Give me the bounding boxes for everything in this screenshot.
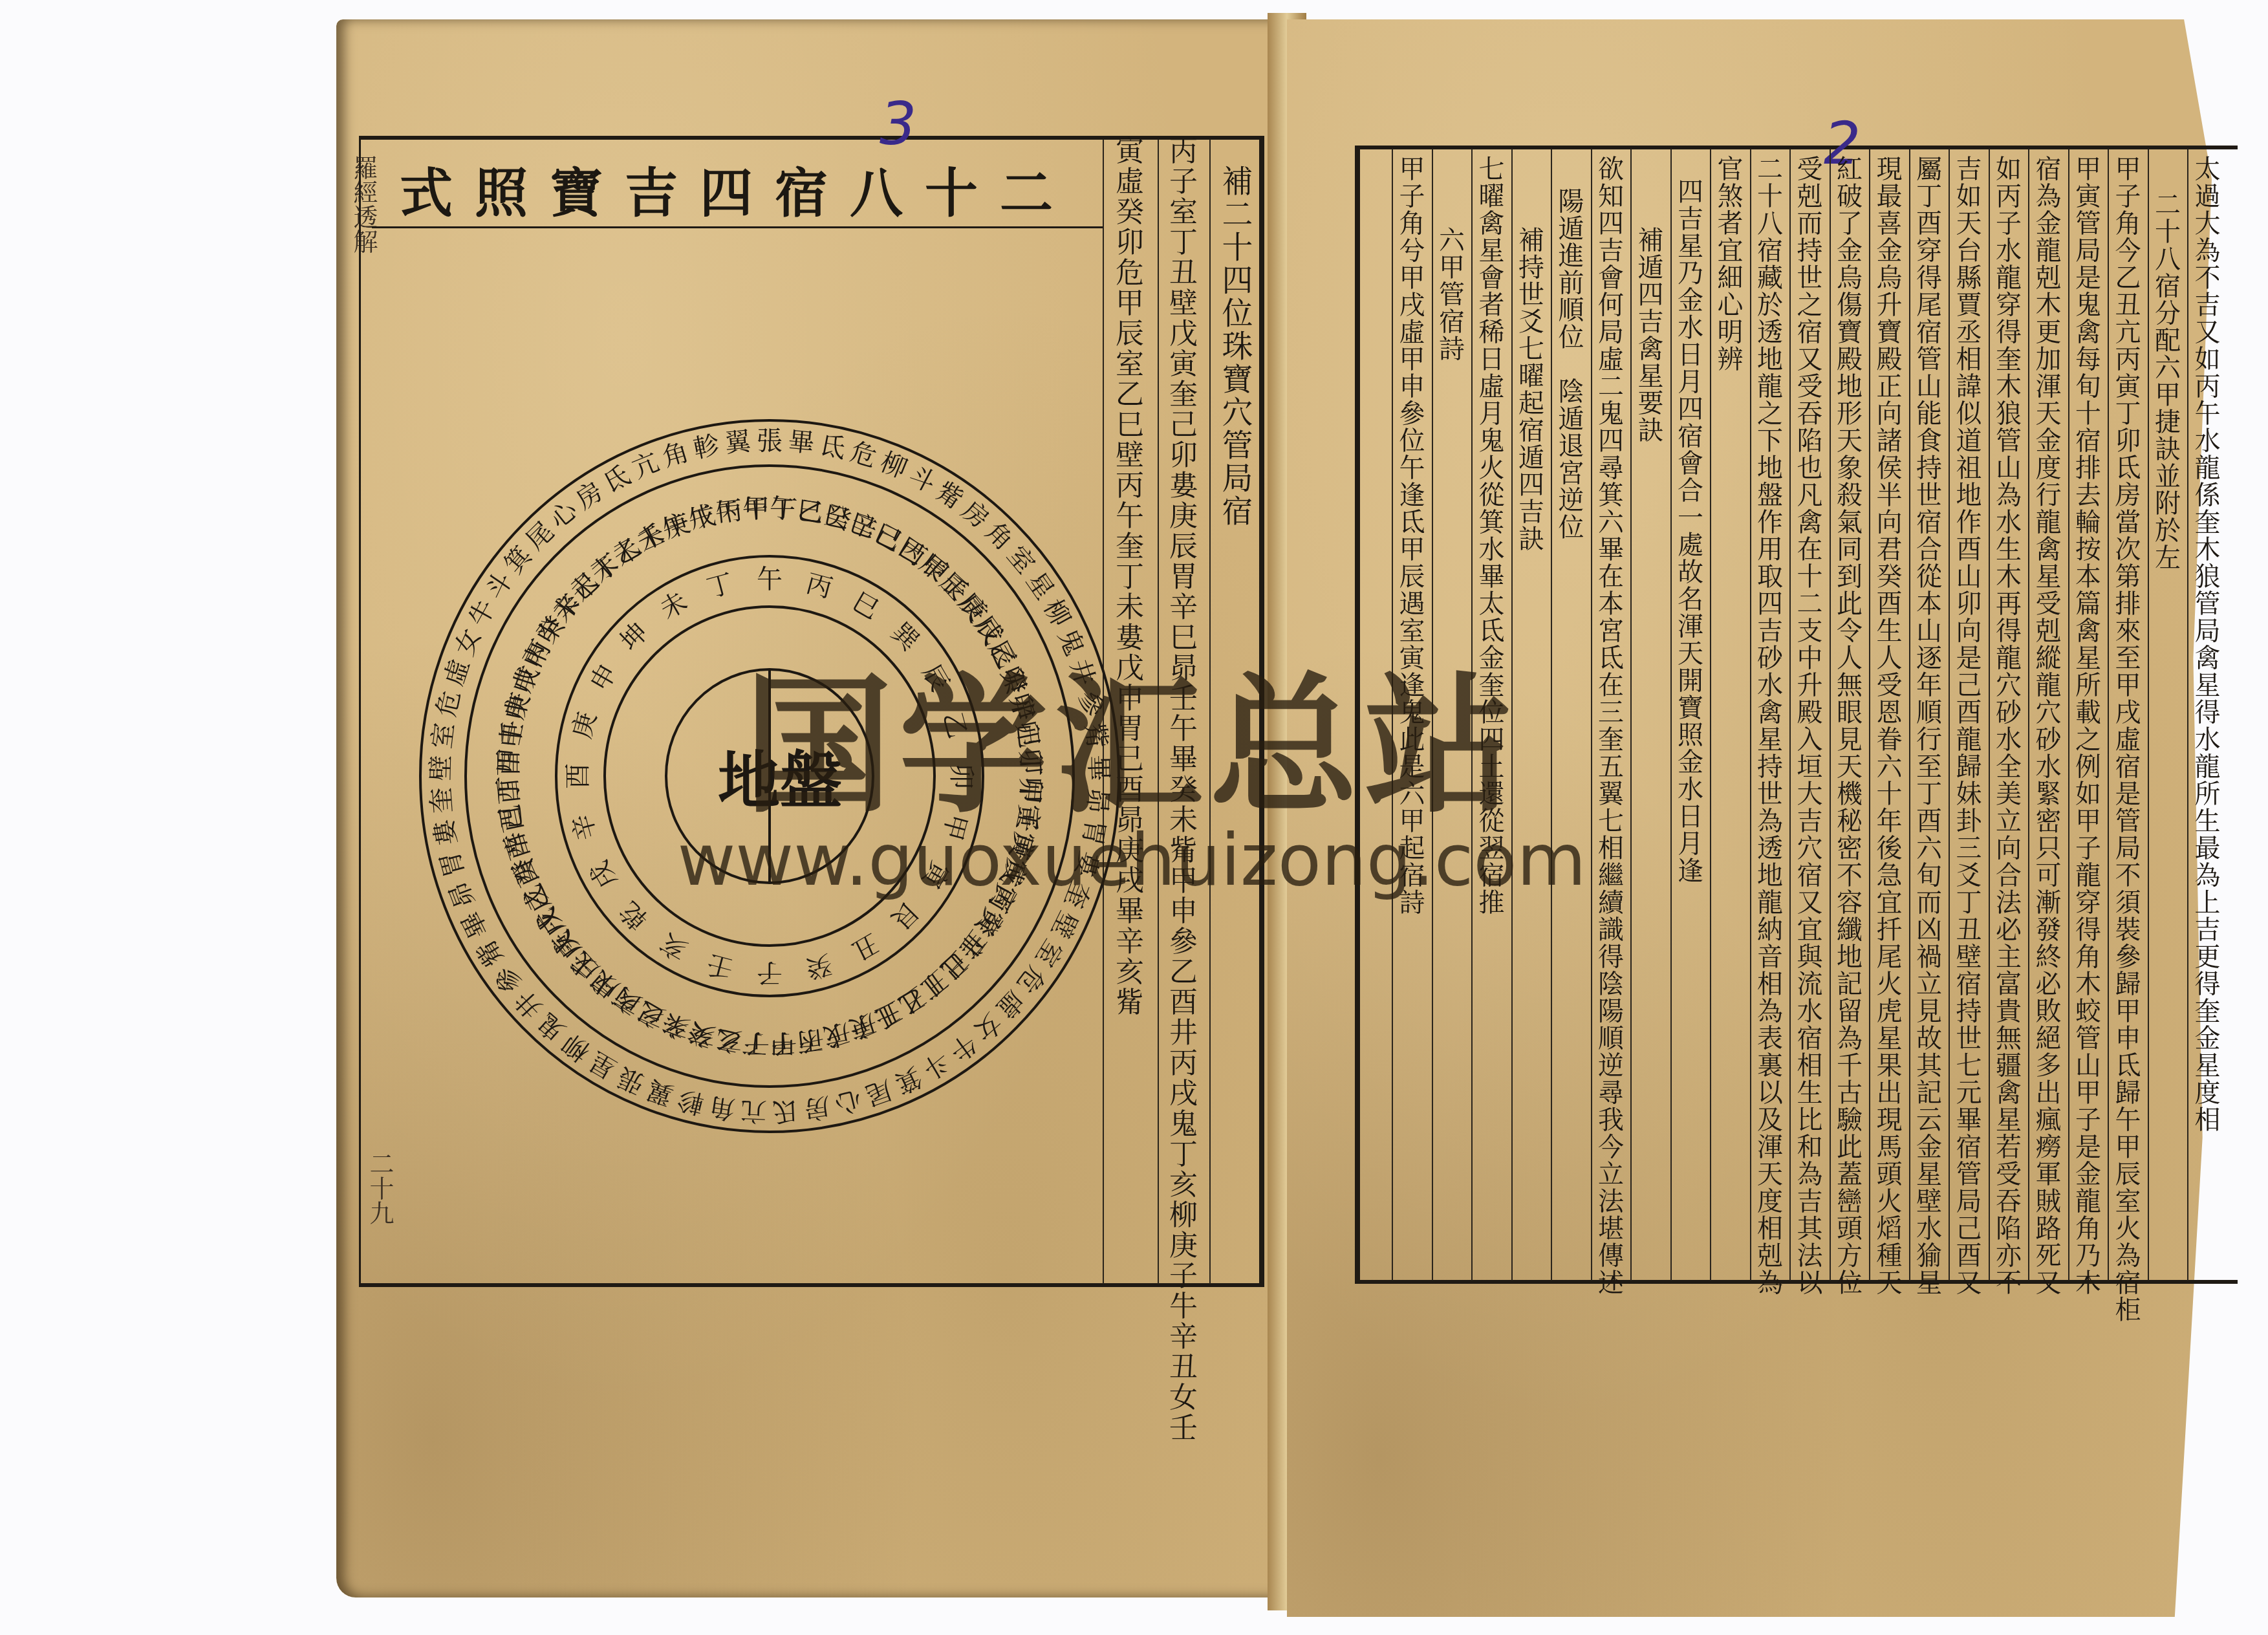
- ring-label: 丁巳: [770, 493, 824, 528]
- right-column-2: 二十八宿分配六甲捷訣並附於左: [2153, 191, 2179, 571]
- column-rule: [2148, 149, 2149, 1281]
- ring-label: 胃: [1077, 817, 1110, 848]
- left-column-2: 丙子室丁丑壁戊寅奎己卯婁庚辰胃辛巳昴壬午畢癸未觜甲申參乙酉井丙戌鬼丁亥柳庚子牛辛…: [1166, 136, 1194, 1443]
- column-rule: [1989, 149, 1990, 1281]
- ring-label: 氐: [817, 430, 848, 464]
- ring-label: 翼: [643, 1074, 678, 1110]
- ring-label: 婁: [1069, 848, 1105, 881]
- ring-label: 房: [570, 477, 609, 515]
- ring-label: 昴: [444, 878, 481, 913]
- ring-label: 斗: [918, 1046, 955, 1085]
- ring-label: 丑: [847, 927, 884, 966]
- ring-label: 軫: [675, 1084, 707, 1119]
- ring-label: 奎: [426, 786, 458, 814]
- ring-label: 辛: [567, 810, 603, 843]
- column-rule: [1750, 149, 1751, 1281]
- ring-label: 亥: [655, 927, 693, 966]
- ring-label: 癸: [803, 948, 836, 984]
- ring-label: 婁: [429, 817, 462, 848]
- right-column-17: 陽遁進前順位 陰遁退宮逆位: [1556, 188, 1582, 541]
- ring-label: 辰: [916, 659, 955, 697]
- ring-label: 畢: [1083, 755, 1113, 781]
- ring-label: 子: [757, 958, 783, 988]
- ring-label: 鬼: [1052, 625, 1090, 660]
- ring-label: 艮: [885, 896, 925, 935]
- ring-label: 奎: [1058, 878, 1095, 913]
- right-column-19: 七曜禽星會者稀日虛月鬼火從箕水畢太氐金奎位四土還從翌宿推: [1476, 155, 1502, 916]
- ring-label: 觜: [1079, 721, 1112, 750]
- ring-label: 星: [1021, 567, 1060, 605]
- column-rule: [1670, 149, 1672, 1281]
- ring-label: 未: [655, 587, 693, 625]
- ring-label: 角: [707, 1091, 737, 1124]
- right-column-1: 太過大為不吉又如丙午水龍係奎木狼管局禽星得水龍所生最為上吉更得奎金星度相: [2192, 155, 2218, 1133]
- right-column-8: 屬丁酉穿得尾宿管山能食持世宿合從本山逐年順行至丁酉六旬而凶禍立見故其記云金星壁水…: [1914, 155, 1940, 1296]
- ring-label: 氐: [599, 460, 636, 499]
- left-column-1: 補二十四位珠寶穴管局宿: [1219, 165, 1250, 528]
- ring-label: 房: [802, 1091, 832, 1124]
- right-column-21: 甲子角兮甲戌虛甲申參位午逢氐甲辰遇室寅逢鬼此是六甲起宿詩: [1397, 155, 1423, 916]
- ring-label: 壬: [704, 948, 737, 984]
- column-rule: [1392, 149, 1393, 1281]
- right-column-6: 如丙子水龍穿得奎木狼管山為水生木再得龍穴砂水全美立向合法必主富貴無疆禽星若受吞陷…: [1994, 155, 2020, 1296]
- right-column-16: 欲知四吉會何局虛二鬼四尋箕六畢在本宮氐在三奎五翼七相繼續識得陰陽順逆尋我今立法堪…: [1596, 155, 1622, 1296]
- ring-label: 畢: [787, 427, 815, 459]
- left-page-title: 二十八宿四吉寶照式: [400, 151, 1075, 227]
- right-column-7: 吉如天台縣賈丞相諱似道祖地作酉山卯向是己酉龍歸妹卦三爻丁丑壁宿持世七元畢宿管局己…: [1954, 155, 1980, 1296]
- ring-label: 箕: [890, 1061, 926, 1099]
- column-rule: [1158, 139, 1159, 1284]
- ring-label: 畢: [456, 906, 494, 942]
- ring-label: 氐: [772, 1095, 799, 1126]
- earth-plate-diagram: 張翼軫角亢氐房心尾箕斗牛女虛危室壁奎婁胃昴畢觜參井鬼柳星張翼軫角亢氐房心尾箕斗牛…: [414, 414, 1125, 1138]
- column-rule: [1789, 149, 1791, 1281]
- right-column-3: 甲子角今乙丑亢丙寅丁卯氐房當次第排來至甲戌虛宿是管局不須裝參歸甲申氐歸午甲辰室火…: [2113, 155, 2139, 1323]
- ring-label: 亢: [740, 1095, 767, 1126]
- column-rule: [2187, 149, 2188, 1281]
- right-column-15: 補遁四吉禽星要訣: [1636, 226, 1661, 444]
- ring-label: 張: [757, 426, 783, 456]
- ring-label: 壁: [426, 755, 457, 781]
- ring-label: 角: [659, 437, 692, 473]
- right-column-4: 甲寅管局是鬼禽每旬十宿排去輪按本篇禽星所載之例如甲子龍穿得角木蛟管山甲子是金龍角…: [2073, 155, 2099, 1296]
- compass-rings: 張翼軫角亢氐房心尾箕斗牛女虛危室壁奎婁胃昴畢觜參井鬼柳星張翼軫角亢氐房心尾箕斗牛…: [414, 414, 1125, 1138]
- column-rule: [1471, 149, 1473, 1281]
- ring-label: 亢: [628, 447, 663, 484]
- column-rule: [2068, 149, 2069, 1281]
- ring-label: 庚: [567, 709, 603, 742]
- column-rule: [1869, 149, 1870, 1281]
- column-rule: [1591, 149, 1592, 1281]
- column-rule: [2108, 149, 2109, 1281]
- ring-label: 危: [847, 437, 880, 473]
- right-column-12: 二十八宿藏於透地龍之下地盤作用取四吉砂水禽星持世為透地龍納音相為表裏以及渾天度相…: [1755, 155, 1781, 1296]
- right-column-13: 官煞者宜細心明辨: [1715, 155, 1741, 373]
- column-rule: [1710, 149, 1711, 1281]
- ring-label: 心: [831, 1084, 865, 1120]
- ring-label: 虛: [439, 656, 475, 689]
- column-rule: [1209, 139, 1211, 1284]
- ring-label: 觜: [471, 934, 510, 971]
- right-column-14: 四吉星乃金水日月四宿會合一處故名渾天開寶照金水日月逢: [1676, 178, 1701, 884]
- ring-label: 酉: [563, 763, 593, 789]
- ring-label: 參: [1073, 688, 1108, 720]
- ring-label: 張: [613, 1061, 649, 1099]
- ring-label: 壁: [1045, 906, 1083, 942]
- column-rule: [1630, 149, 1632, 1281]
- ring-label: 井: [1064, 656, 1100, 689]
- ring-label: 申: [585, 659, 623, 697]
- ring-label: 午: [757, 565, 783, 594]
- ring-label: 尾: [861, 1074, 896, 1110]
- ring-label: 柳: [1037, 595, 1076, 632]
- ring-label: 甲: [937, 810, 973, 843]
- handwritten-page-mark-left: 3: [880, 91, 916, 158]
- ring-label: 翼: [724, 426, 753, 459]
- column-rule: [1551, 149, 1552, 1281]
- ring-label: 乾: [614, 896, 654, 935]
- ring-label: 胃: [435, 848, 470, 881]
- ring-label: 乙: [937, 709, 973, 742]
- ring-label: 女: [449, 625, 487, 660]
- ring-label: 軫: [691, 430, 722, 464]
- column-rule: [1511, 149, 1513, 1281]
- right-column-5: 宿為金龍剋木更加渾天金度行龍禽星受剋縱龍穴砂水緊密只可漸發終必敗絕多出瘋癆軍賊路…: [2033, 155, 2059, 1296]
- column-rule: [1432, 149, 1433, 1281]
- center-label-earth-plate: 地盤: [718, 744, 842, 817]
- ring-label: 巽: [885, 618, 925, 658]
- right-column-18: 補持世爻七曜起宿遁四吉訣: [1517, 226, 1542, 552]
- ring-label: 牛: [463, 595, 502, 632]
- ring-label: 柳: [876, 447, 911, 484]
- ring-label: 危: [431, 688, 466, 720]
- ring-label: 寅: [915, 856, 955, 894]
- column-rule: [1949, 149, 1950, 1281]
- ring-label: 巳: [847, 587, 884, 625]
- ring-label: 丁: [704, 568, 737, 604]
- left-page-title-box: 二十八宿四吉寶照式: [372, 152, 1103, 228]
- column-rule: [1830, 149, 1831, 1281]
- ring-label: 昴: [1081, 786, 1113, 814]
- column-rule: [2028, 149, 2029, 1281]
- ring-label: 戌: [585, 856, 623, 893]
- column-rule: [1909, 149, 1910, 1281]
- ring-label: 坤: [614, 618, 654, 657]
- right-column-10: 紅破了金烏傷寶殿地形天象殺氣同到此令人無眼見天機秘密不容纖地記留為千古驗此蓋巒頭…: [1835, 155, 1861, 1296]
- ring-label: 斗: [904, 460, 941, 499]
- ring-label: 卯: [946, 763, 976, 789]
- right-column-20: 六甲管宿詩: [1437, 226, 1463, 362]
- ring-label: 室: [427, 721, 459, 750]
- right-column-11: 受剋而持世之宿又受吞陷也凡禽在十二支中升殿入垣大吉穴宿又宜與流水宿相生比和為吉其…: [1795, 155, 1820, 1296]
- ring-label: 丙: [803, 568, 836, 604]
- right-column-9: 現最喜金烏升寶殿正向諸侯半向君癸酉生人受恩眷六十年後急宜扦尾火虎星果出現馬頭火熖…: [1874, 155, 1900, 1296]
